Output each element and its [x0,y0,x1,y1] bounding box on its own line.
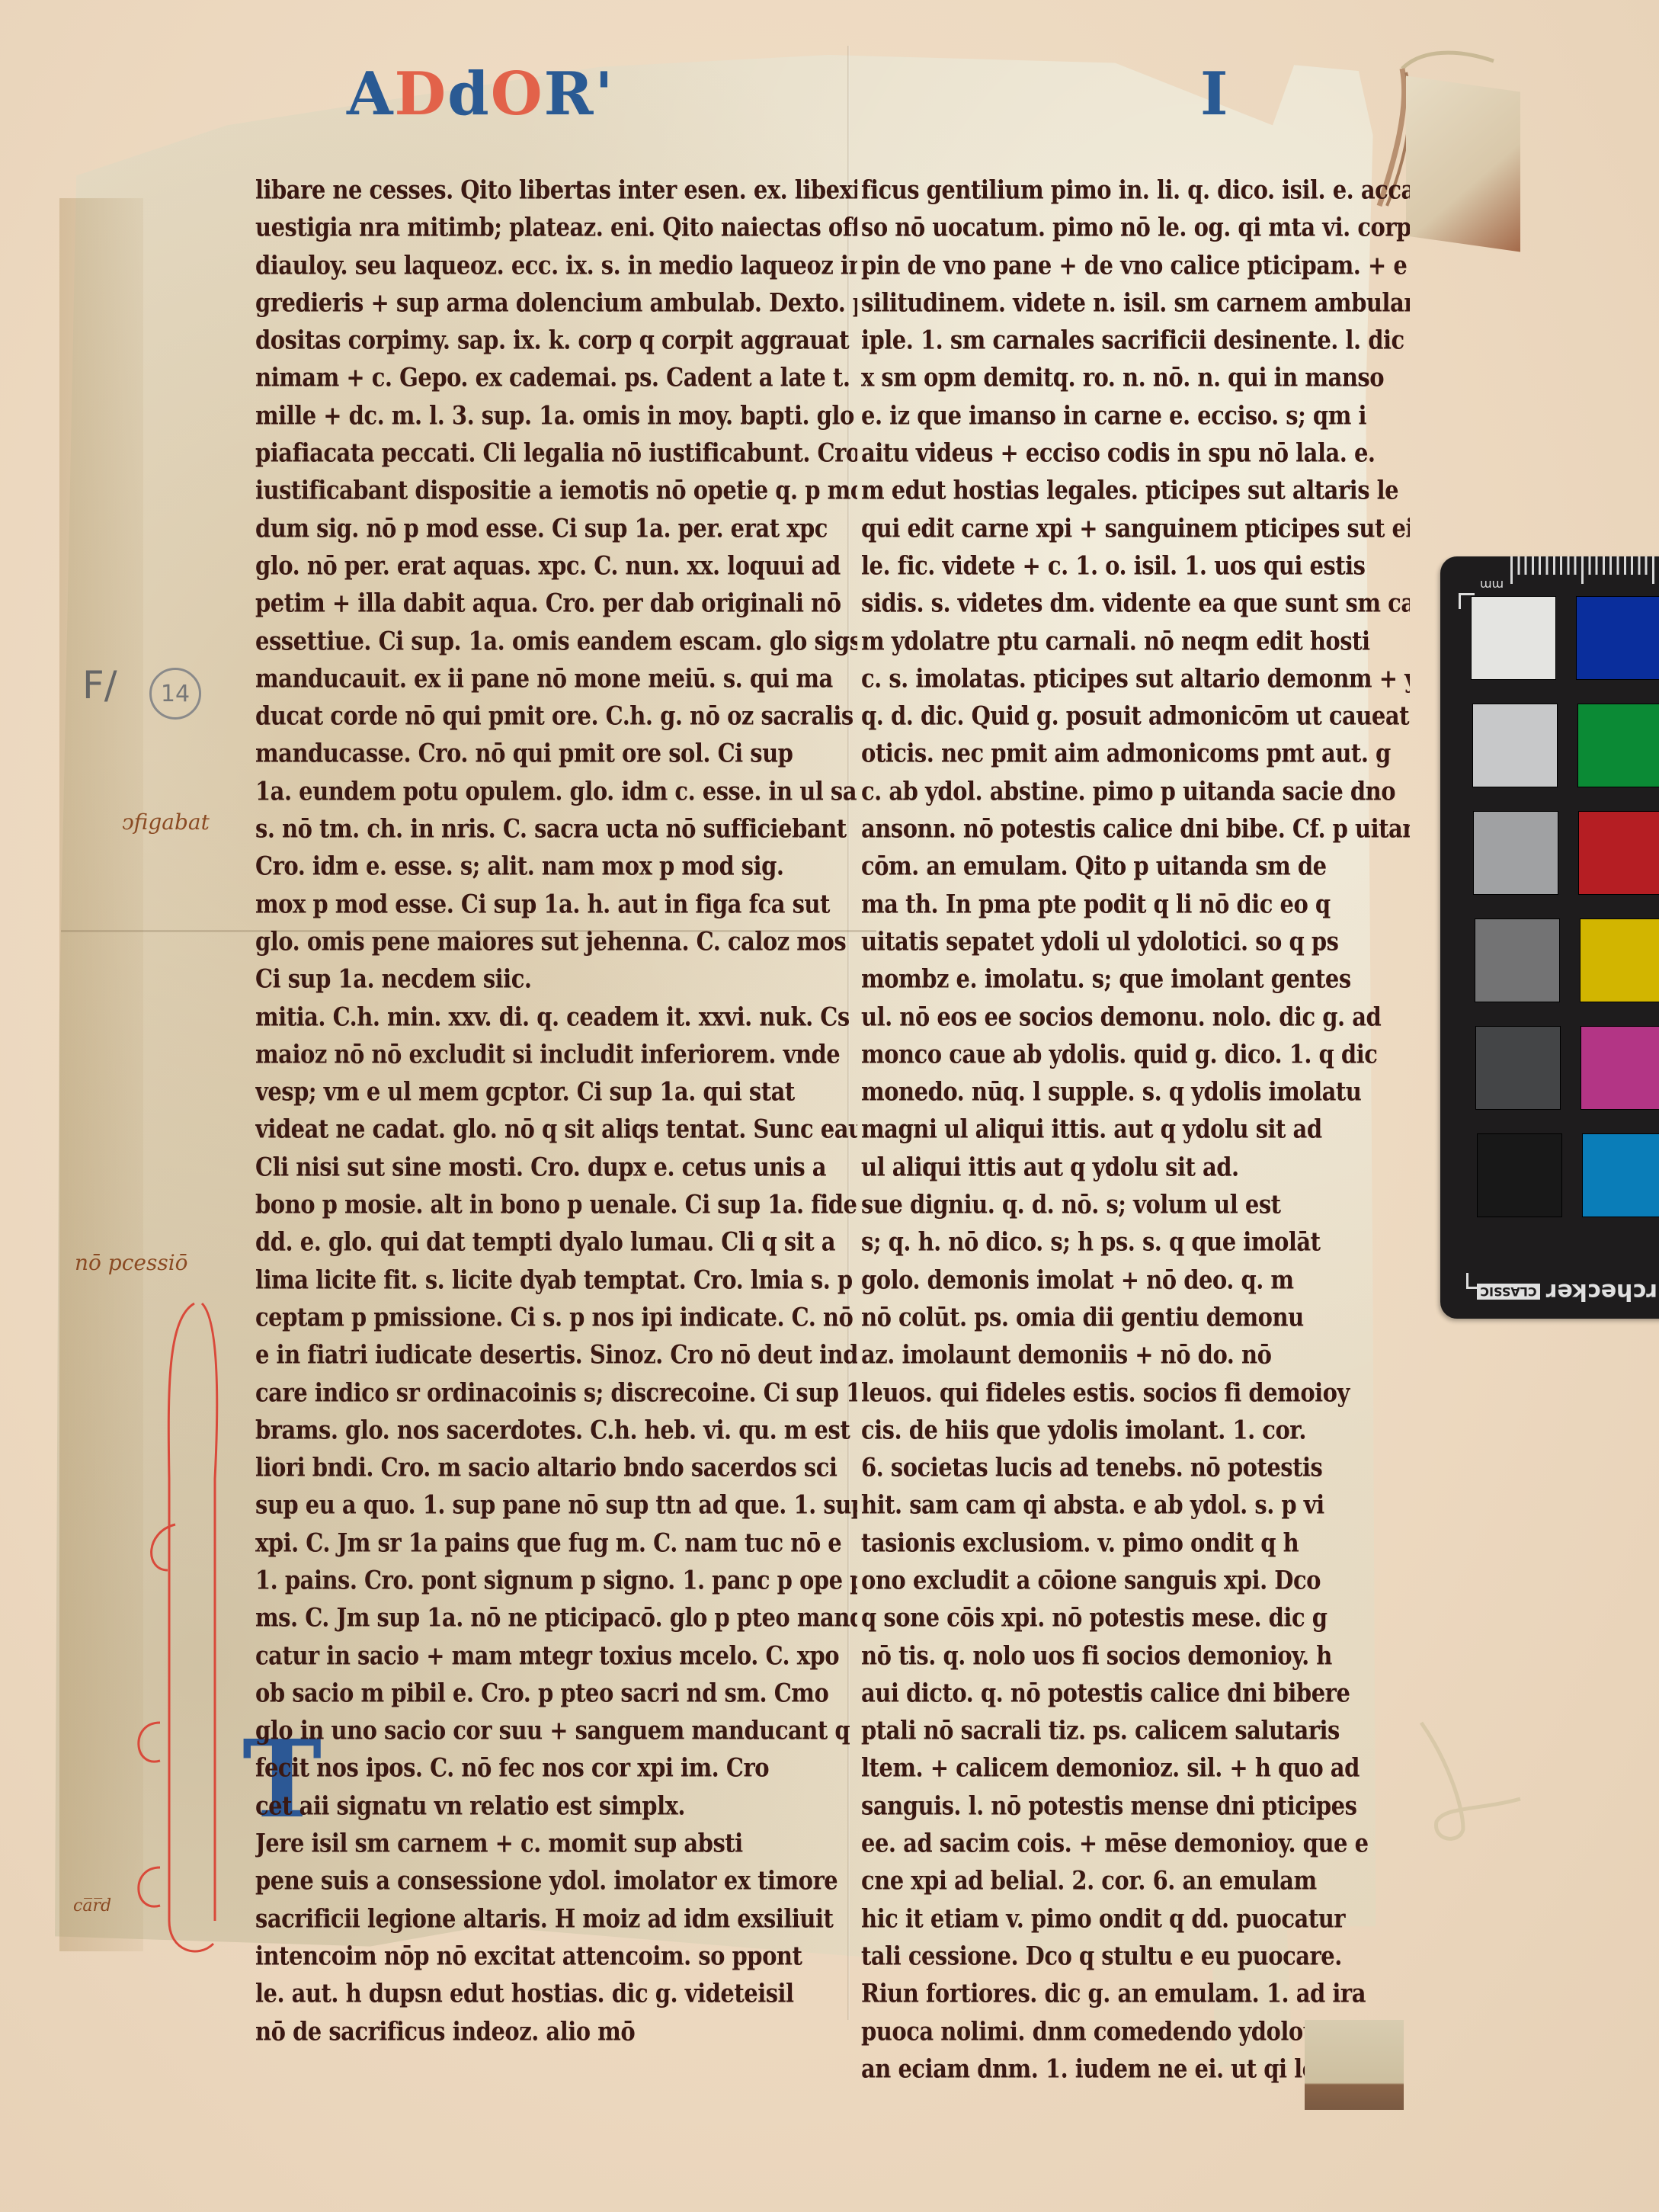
checker-classic-badge: CLASSIC [1477,1284,1539,1300]
color-patch-left [1472,704,1558,787]
text-line: c. ab ydol. abstine. pimo p uitanda saci… [861,770,1410,813]
mm-ruler-major-ticks [1510,556,1659,584]
running-head-letter: O [491,59,544,129]
text-line: ms. C. Jm sup 1a. nō ne pticipacō. glo p… [255,1597,857,1640]
text-line: sup eu a quo. 1. sup pane nō sup ttn ad … [255,1484,857,1528]
text-line: nimam + c. Gepo. ex cademai. ps. Cadent … [255,357,857,400]
running-head-letter: D [395,59,448,129]
pencil-folio-mark: F/ [82,663,117,707]
text-line: e in fiatri iudicate desertis. Sinoz. Cr… [255,1334,857,1377]
text-line: sacrificii legione altaris. H moiz ad id… [255,1897,857,1941]
text-line: dum sig. nō p mod esse. Ci sup 1a. per. … [255,507,857,550]
text-line: catur in sacio + mam mtegr toxius mcelo.… [255,1634,857,1678]
text-line: Cro. idm e. esse. s; alit. nam mox p mod… [255,845,857,889]
text-line: golo. demonis imolat + nō deo. q. m [861,1258,1410,1302]
text-line: Cli nisi sut sine mosti. Cro. dupx e. ce… [255,1146,857,1189]
text-line: mitia. C.h. min. xxv. di. q. ceadem it. … [255,995,857,1039]
text-line: cet aii signatu vn relatio est simplx. [255,1784,857,1828]
ruler-unit-label: mm [1480,578,1504,592]
running-head-right: I [1200,59,1230,129]
text-line: leuos. qui fideles estis. socios fi demo… [861,1371,1410,1415]
text-line: s; q. h. nō dico. s; h ps. s. q que imol… [861,1221,1410,1265]
marginal-note: ↄfigabat [122,809,210,835]
text-line: videat ne cadat. glo. nō q sit aliqs ten… [255,1108,857,1152]
text-line: cis. de hiis que ydolis imolant. 1. cor. [861,1409,1410,1452]
text-line: tasionis exclusiom. v. pimo ondit q h [861,1521,1410,1565]
color-patch-left [1471,596,1556,680]
color-patch-right [1581,1026,1659,1110]
red-pen-flourish-decoration [114,1296,251,1982]
text-line: az. imolaunt demoniis + nō do. nō [861,1334,1410,1377]
text-line: m edut hostias legales. pticipes sut alt… [861,470,1410,513]
folded-corner-flap [1406,75,1520,252]
text-line: magni ul aliqui ittis. aut q ydolu sit a… [861,1108,1410,1152]
text-line: care indico sr ordinacoinis s; discrecoi… [255,1371,857,1415]
pencil-circled-number: 14 [149,668,201,720]
text-line: sanguis. l. nō potestis mense dni pticip… [861,1784,1410,1828]
text-line: le. aut. h dupsn edut hostias. dic g. vi… [255,1973,857,2016]
text-line: ul aliqui ittis aut q ydolu sit ad. [861,1146,1410,1189]
text-line: cōm. an emulam. Qito p uitanda sm de [861,845,1410,889]
text-line: Ci sup 1a. necdem siic. [255,958,857,1002]
text-line: xpi. C. Jm sr 1a pains que fug m. C. nam… [255,1521,857,1565]
text-line: ltem. + calicem demonioz. sil. + h quo a… [861,1747,1410,1790]
text-line: mille + dc. m. l. 3. sup. 1a. omis in mo… [255,394,857,438]
color-patch-right [1578,811,1659,895]
text-line: mox p mod esse. Ci sup 1a. h. aut in fig… [255,883,857,926]
text-line: diauloy. seu laqueoz. ecc. ix. s. in med… [255,244,857,287]
color-patch-right [1582,1133,1659,1217]
checker-brand-label: rchecker CLASSIC [1477,1278,1657,1305]
text-line: m ydolatre ptu carnali. nō neqm edit hos… [861,620,1410,663]
text-line: essettiue. Ci sup. 1a. omis eandem escam… [255,620,857,663]
text-line: so nō uocatum. pimo nō le. og. qi mta vi… [861,207,1410,250]
running-head-left: ADdOR' [347,59,614,129]
text-line: qui edit carne xpi + sanguinem pticipes … [861,507,1410,550]
text-line: q sone cōis xpi. nō potestis mese. dic g [861,1597,1410,1640]
color-patch-right [1580,918,1659,1002]
checker-brand-name: rchecker [1546,1278,1657,1305]
color-patch-left [1473,811,1558,895]
text-line: ul. nō eos ee socios demonu. nolo. dic g… [861,995,1410,1039]
color-patch-left [1477,1133,1562,1217]
text-line: brams. glo. nos sacerdotes. C.h. heb. vi… [255,1409,857,1452]
text-line: fecit nos ipos. C. nō fec nos cor xpi im… [255,1747,857,1790]
text-line: 1a. eundem potu opulem. glo. idm c. esse… [255,770,857,813]
text-line: pene suis a consessione ydol. imolator e… [255,1860,857,1903]
text-line: iustificabant dispositie a iemotis nō op… [255,470,857,513]
text-line: Riun fortiores. dic g. an emulam. 1. ad … [861,1973,1410,2016]
text-line: dd. e. glo. qui dat tempti dyalo lumau. … [255,1221,857,1265]
color-patch-right [1577,704,1659,787]
text-line: lima licite fit. s. licite dyab temptat.… [255,1258,857,1302]
text-line: sidis. s. videtes dm. vidente ea que sun… [861,582,1410,626]
text-line: petim + illa dabit aqua. Cro. per dab or… [255,582,857,626]
color-patch-left [1475,918,1560,1002]
text-line: pin de vno pane + de vno calice pticipam… [861,244,1410,287]
running-head-letter: d [447,59,491,129]
text-column-right: ficus gentilium pimo in. li. q. dico. is… [861,172,1410,2088]
text-line: cne xpi ad belial. 2. cor. 6. an emulam [861,1860,1410,1903]
color-patch-left [1475,1026,1561,1110]
text-line: hit. sam cam qi absta. e ab ydol. s. p v… [861,1484,1410,1528]
text-line: e. iz que imanso in carne e. ecciso. s; … [861,394,1410,438]
text-line: nō de sacrificus indeoz. alio mō [255,2010,857,2053]
marginal-mark: ca̅r̅d [73,1896,111,1915]
text-line: nō tis. q. nolo uos fi socios demonioy. … [861,1634,1410,1678]
marginal-note: nō pcessiō [75,1250,188,1275]
color-patch-right [1576,596,1659,680]
text-line: mombz e. imolatu. s; que imolant gentes [861,958,1410,1002]
color-checker-card: mm rchecker CLASSIC [1440,556,1659,1319]
text-line: ma th. In pma pte podit q li nō dic eo q [861,883,1410,926]
running-head-letter: A [347,59,395,129]
text-line: oticis. nec pmit aim admonicoms pmt aut.… [861,733,1410,776]
text-column-left: libare ne cesses. Qito libertas inter es… [255,172,857,2050]
text-line: manducasse. Cro. nō qui pmit ore sol. Ci… [255,733,857,776]
running-head-letter: R' [544,59,615,129]
text-line: uestigia nra mitimb; plateaz. eni. Qito … [255,207,857,250]
text-line: hic it etiam v. pimo ondit q dd. puocatu… [861,1897,1410,1941]
text-line: x sm opm demitq. ro. n. nō. n. qui in ma… [861,357,1410,400]
binding-string-bottom [1417,1715,1524,1845]
parchment-tab [1305,2020,1404,2110]
